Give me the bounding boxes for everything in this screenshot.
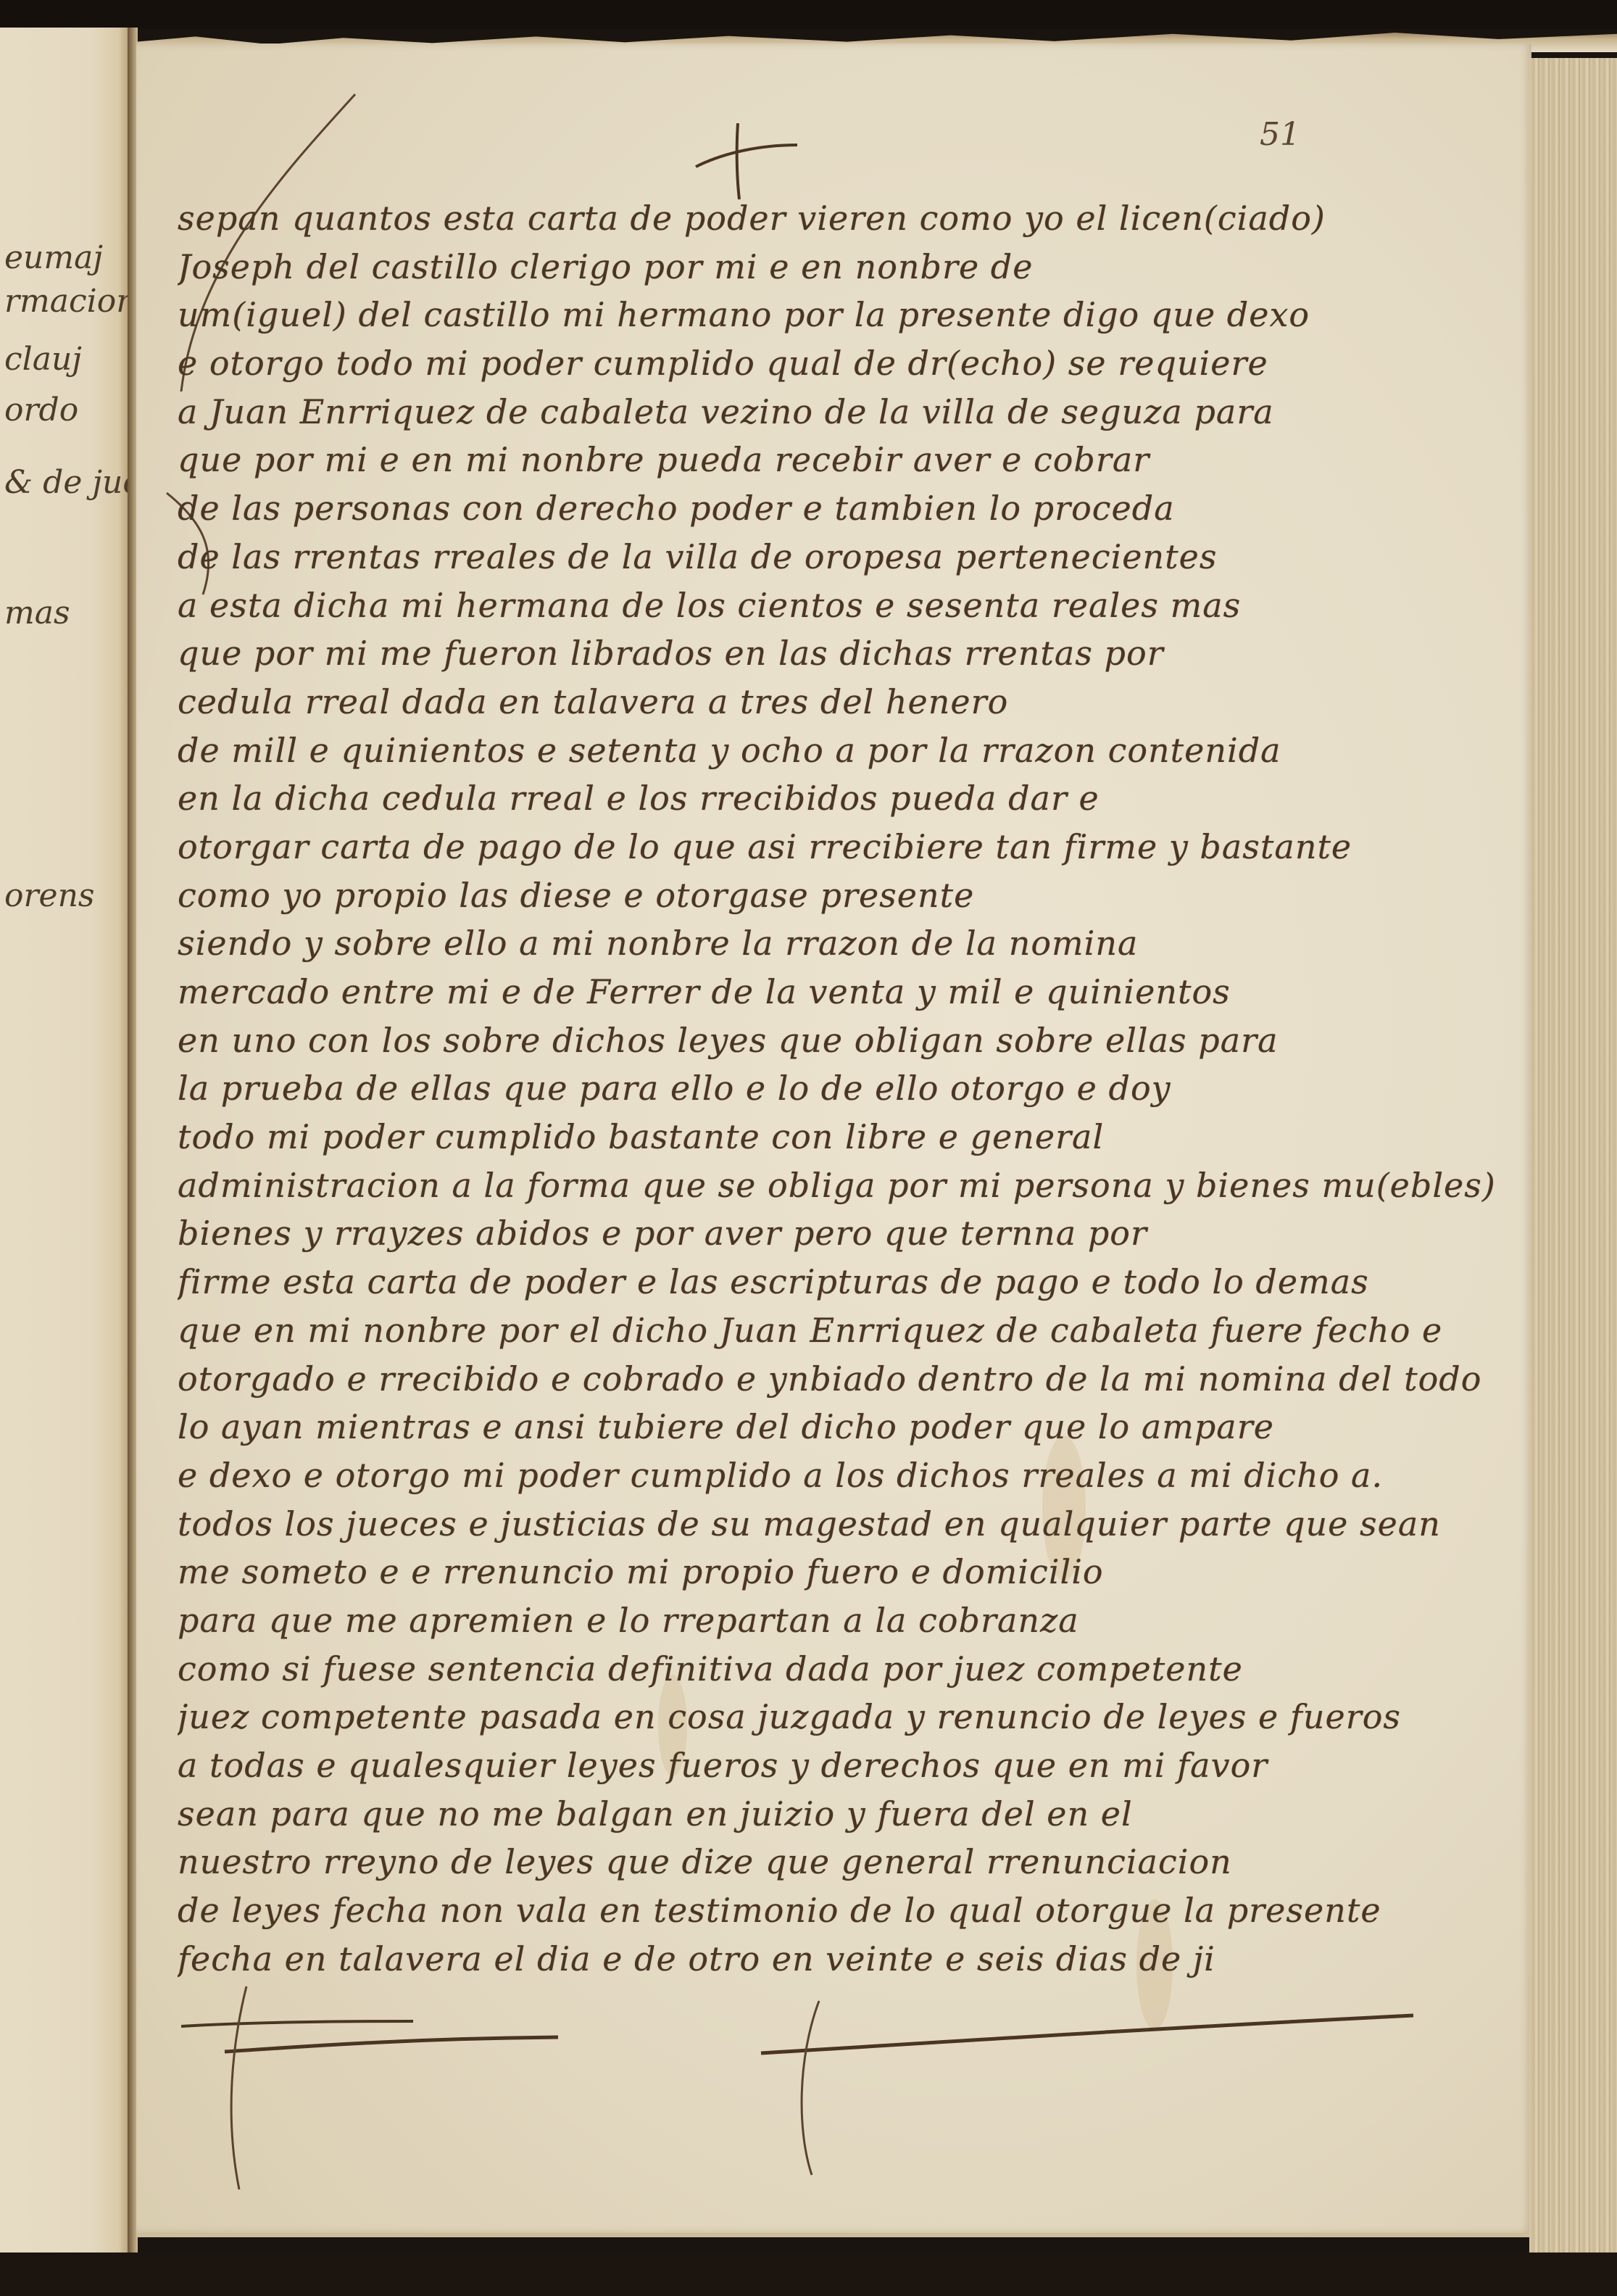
manuscript-line: otorgar carta de pago de lo que asi rrec… xyxy=(178,823,1497,871)
manuscript-line: e dexo e otorgo mi poder cumplido a los … xyxy=(178,1451,1497,1500)
manuscript-line: sepan quantos esta carta de poder vieren… xyxy=(178,194,1497,243)
manuscript-line: que en mi nonbre por el dicho Juan Enrri… xyxy=(178,1306,1497,1355)
manuscript-line: firme esta carta de poder e las escriptu… xyxy=(178,1258,1497,1306)
cross-invocation-icon xyxy=(689,123,805,203)
manuscript-line: bienes y rrayzes abidos e por aver pero … xyxy=(178,1209,1497,1258)
margin-fragment: ordo xyxy=(4,391,78,428)
manuscript-line: siendo y sobre ello a mi nonbre la rrazo… xyxy=(178,919,1497,968)
margin-fragment: clauj xyxy=(4,341,82,378)
manuscript-line: lo ayan mientras e ansi tubiere del dich… xyxy=(178,1403,1497,1451)
margin-fragment: eumaj xyxy=(4,239,103,276)
manuscript-line: a todas e qualesquier leyes fueros y der… xyxy=(178,1741,1497,1790)
manuscript-scan: eumaj rmacion clauj ordo & de jucta mas … xyxy=(0,0,1617,2296)
manuscript-line: mercado entre mi e de Ferrer de la venta… xyxy=(178,968,1497,1016)
manuscript-line: juez competente pasada en cosa juzgada y… xyxy=(178,1693,1497,1741)
manuscript-text-block: sepan quantos esta carta de poder vieren… xyxy=(178,194,1497,1983)
manuscript-line: en la dicha cedula rreal e los rrecibido… xyxy=(178,774,1497,823)
manuscript-line: um(iguel) del castillo mi hermano por la… xyxy=(178,291,1497,339)
manuscript-line: cedula rreal dada en talavera a tres del… xyxy=(178,678,1497,726)
manuscript-line: de mill e quinientos e setenta y ocho a … xyxy=(178,726,1497,775)
margin-fragment: orens xyxy=(4,877,94,914)
scan-background-bottom xyxy=(0,2253,1617,2296)
manuscript-line: como yo propio las diese e otorgase pres… xyxy=(178,871,1497,920)
manuscript-line: en uno con los sobre dichos leyes que ob… xyxy=(178,1016,1497,1065)
manuscript-line: otorgado e rrecibido e cobrado e ynbiado… xyxy=(178,1355,1497,1404)
manuscript-line: como si fuese sentencia definitiva dada … xyxy=(178,1645,1497,1694)
manuscript-line: sean para que no me balgan en juizio y f… xyxy=(178,1790,1497,1839)
closing-rubric-icon xyxy=(181,1972,1486,2204)
manuscript-line: a Juan Enrriquez de cabaleta vezino de l… xyxy=(178,388,1497,436)
manuscript-line: que por mi me fueron librados en las dic… xyxy=(178,629,1497,678)
manuscript-line: me someto e e rrenuncio mi propio fuero … xyxy=(178,1548,1497,1596)
manuscript-line: todo mi poder cumplido bastante con libr… xyxy=(178,1113,1497,1161)
folio-number: 51 xyxy=(1260,116,1300,153)
margin-fragment: rmacion xyxy=(4,283,137,320)
manuscript-line: que por mi e en mi nonbre pueda recebir … xyxy=(178,436,1497,484)
manuscript-line: nuestro rreyno de leyes que dize que gen… xyxy=(178,1838,1497,1886)
manuscript-line: todos los jueces e justicias de su mages… xyxy=(178,1500,1497,1549)
manuscript-line: de las rrentas rreales de la villa de or… xyxy=(178,533,1497,581)
manuscript-line: de las personas con derecho poder e tamb… xyxy=(178,484,1497,533)
manuscript-line: administracion a la forma que se obliga … xyxy=(178,1161,1497,1210)
manuscript-line: la prueba de ellas que para ello e lo de… xyxy=(178,1064,1497,1113)
manuscript-line: Joseph del castillo clerigo por mi e en … xyxy=(178,243,1497,291)
manuscript-line: a esta dicha mi hermana de los cientos e… xyxy=(178,581,1497,630)
margin-fragment: mas xyxy=(4,594,70,631)
manuscript-line: de leyes fecha non vala en testimonio de… xyxy=(178,1886,1497,1935)
manuscript-line: para que me apremien e lo rrepartan a la… xyxy=(178,1596,1497,1645)
manuscript-line: e otorgo todo mi poder cumplido qual de … xyxy=(178,339,1497,388)
page-stack-edge xyxy=(1529,58,1617,2262)
left-page-verso: eumaj rmacion clauj ordo & de jucta mas … xyxy=(0,28,131,2260)
scan-background-top xyxy=(0,0,1617,29)
